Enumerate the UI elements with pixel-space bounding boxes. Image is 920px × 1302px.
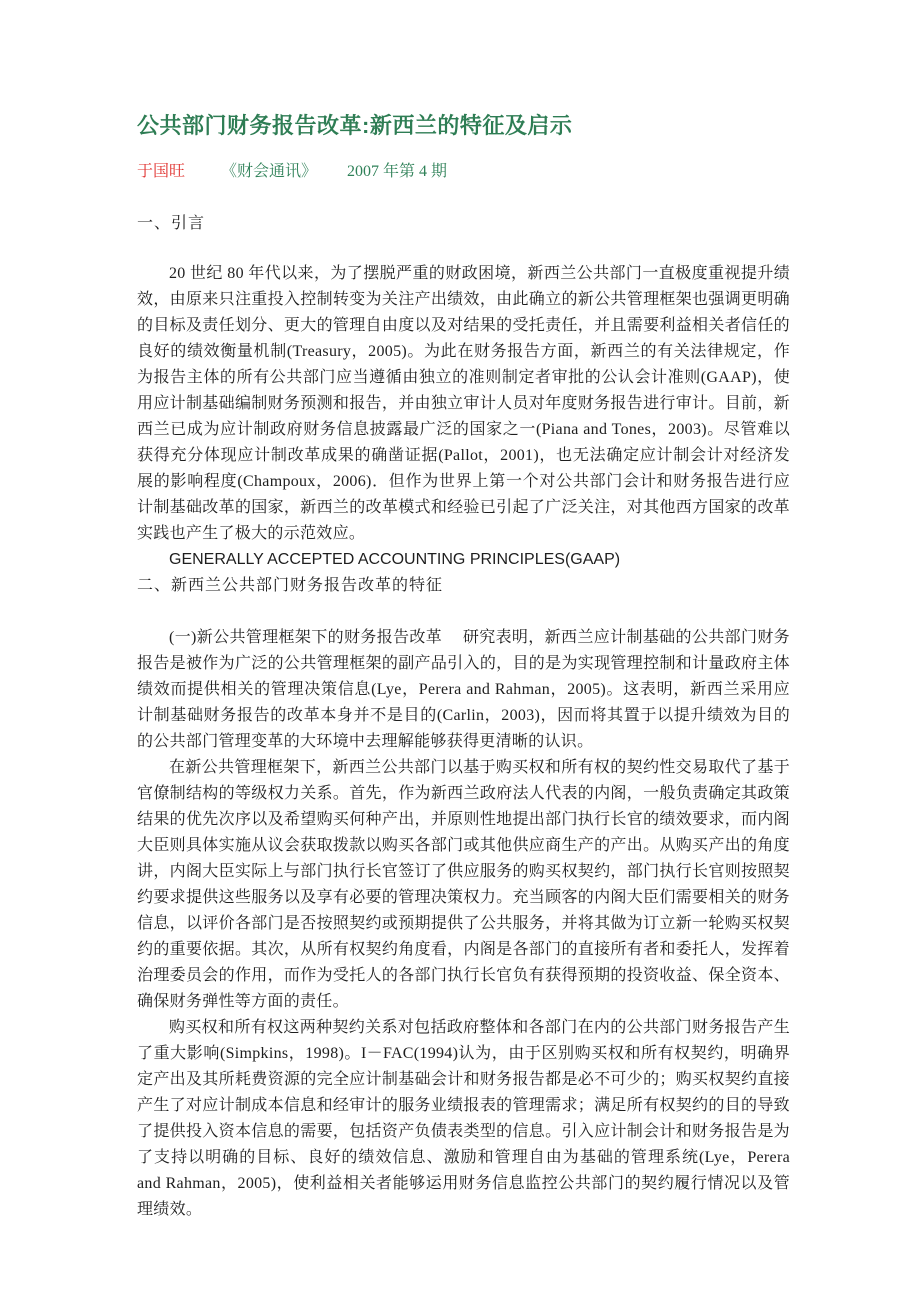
section-2-paragraph-2: 在新公共管理框架下，新西兰公共部门以基于购买权和所有权的契约性交易取代了基于官僚… bbox=[137, 755, 790, 1015]
section-2-paragraph-3: 购买权和所有权这两种契约关系对包括政府整体和各部门在内的公共部门财务报告产生了重… bbox=[137, 1015, 790, 1223]
section-1-paragraph: 20 世纪 80 年代以来，为了摆脱严重的财政困境，新西兰公共部门一直极度重视提… bbox=[137, 261, 790, 547]
byline-journal: 《财会通讯》 bbox=[221, 163, 317, 180]
section-2-heading: 二、新西兰公共部门财务报告改革的特征 bbox=[137, 573, 790, 599]
section-2-paragraph-1: (一)新公共管理框架下的财务报告改革 研究表明，新西兰应计制基础的公共部门财务报… bbox=[137, 625, 790, 755]
byline-author: 于国旺 bbox=[137, 163, 185, 180]
byline-issue: 2007 年第 4 期 bbox=[347, 163, 447, 180]
gaap-principles-line: GENERALLY ACCEPTED ACCOUNTING PRINCIPLES… bbox=[137, 547, 790, 573]
section-1-heading: 一、引言 bbox=[137, 211, 790, 237]
byline: 于国旺《财会通讯》2007 年第 4 期 bbox=[137, 161, 790, 183]
document-title: 公共部门财务报告改革:新西兰的特征及启示 bbox=[137, 112, 790, 140]
document-page: 公共部门财务报告改革:新西兰的特征及启示 于国旺《财会通讯》2007 年第 4 … bbox=[0, 0, 920, 1302]
